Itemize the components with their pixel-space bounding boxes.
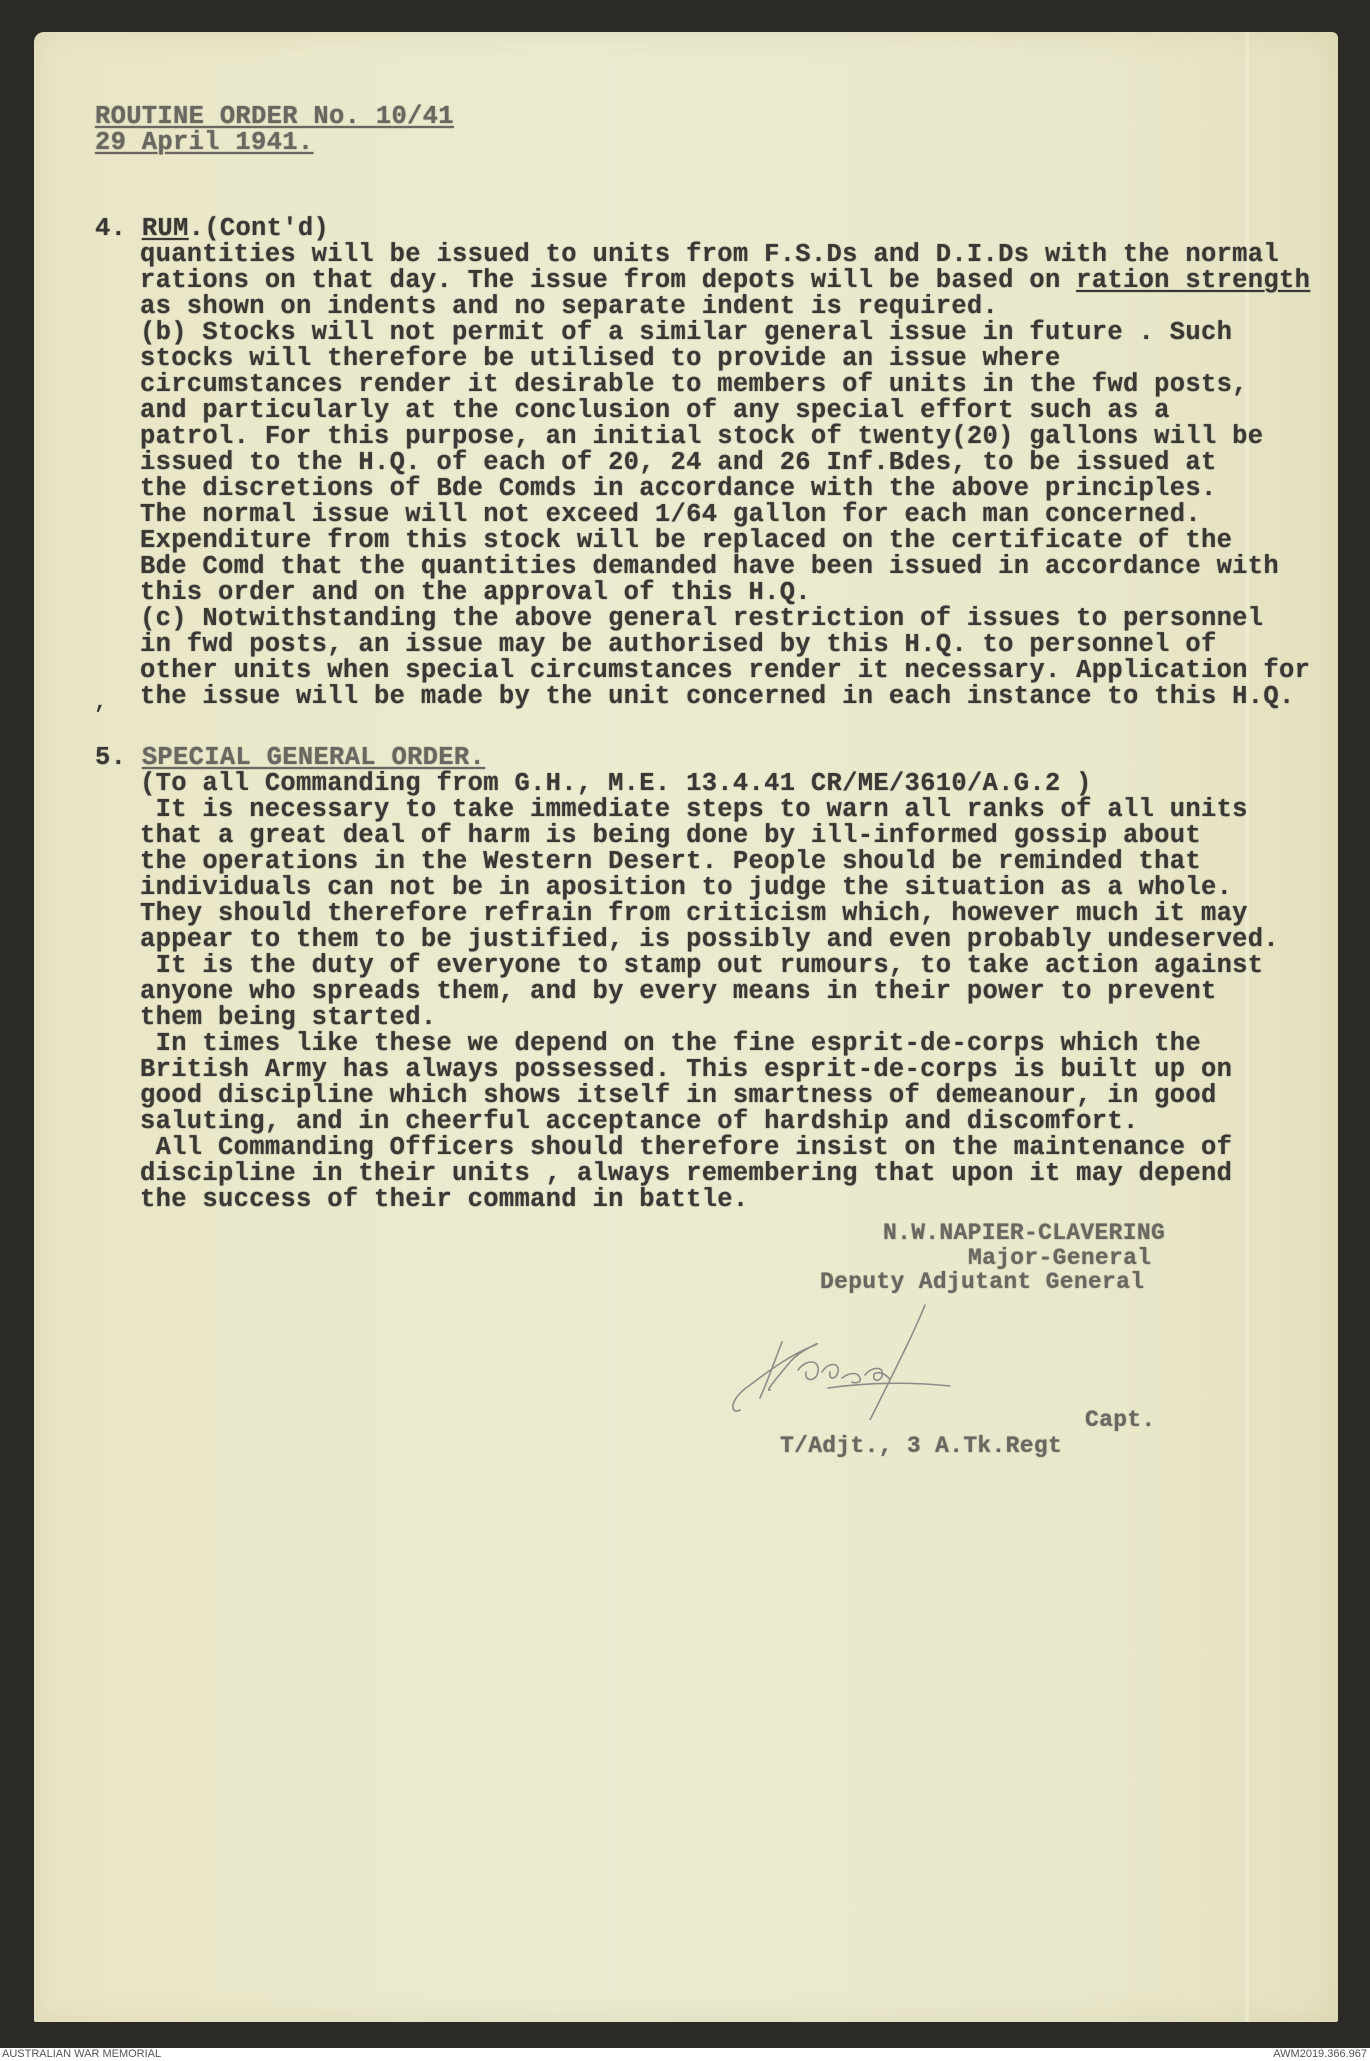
paper-fold-line [1245, 32, 1249, 2022]
body-line: individuals can not be in aposition to j… [140, 875, 1232, 901]
body-line: The normal issue will not exceed 1/64 ga… [140, 502, 1201, 528]
section-number: 5. [95, 743, 126, 772]
institution-credit: AUSTRALIAN WAR MEMORIAL [2, 2048, 161, 2061]
body-line: circumstances render it desirable to mem… [140, 372, 1248, 398]
stray-comma-mark: , [94, 690, 107, 715]
body-line: the discretions of Bde Comds in accordan… [140, 476, 1217, 502]
handwritten-signature [720, 1300, 980, 1420]
body-line: the issue will be made by the unit conce… [140, 684, 1295, 710]
body-line: Bde Comd that the quantities demanded ha… [140, 554, 1279, 580]
section-number: 4. [95, 214, 126, 243]
body-line: and particularly at the conclusion of an… [140, 398, 1170, 424]
order-title: ROUTINE ORDER No. 10/41 [95, 104, 454, 130]
body-line: other units when special circumstances r… [140, 658, 1310, 684]
signer-rank: Capt. [1085, 1407, 1156, 1433]
order-reference: (To all Commanding from G.H., M.E. 13.4.… [140, 771, 1092, 797]
body-line: appear to them to be justified, is possi… [140, 927, 1279, 953]
body-line: British Army has always possessed. This … [140, 1057, 1232, 1083]
body-line: the success of their command in battle. [140, 1187, 749, 1213]
section-heading: RUM [142, 214, 189, 243]
body-line: patrol. For this purpose, an initial sto… [140, 424, 1263, 450]
body-line: They should therefore refrain from criti… [140, 901, 1248, 927]
underlined-ration-strength: ration strength [1076, 266, 1310, 295]
body-line: as shown on indents and no separate inde… [140, 294, 998, 320]
body-line: good discipline which shows itself in sm… [140, 1083, 1217, 1109]
body-line: (b) Stocks will not permit of a similar … [140, 320, 1232, 346]
body-line: anyone who spreads them, and by every me… [140, 979, 1217, 1005]
section-heading: SPECIAL GENERAL ORDER. [142, 743, 485, 772]
body-line: in fwd posts, an issue may be authorised… [140, 632, 1217, 658]
body-line: In times like these we depend on the fin… [140, 1031, 1201, 1057]
signatory-appointment: Deputy Adjutant General [820, 1269, 1144, 1295]
accession-number: AWM2019.366.967 [1273, 2048, 1367, 2061]
section-4-heading: 4. RUM.(Cont'd) [95, 216, 329, 242]
body-line: It is the duty of everyone to stamp out … [140, 953, 1263, 979]
body-line: rations on that day. The issue from depo… [140, 268, 1310, 294]
signer-appointment: T/Adjt., 3 A.Tk.Regt [780, 1433, 1062, 1459]
signatory-name: N.W.NAPIER-CLAVERING [883, 1220, 1165, 1246]
body-line: (c) Notwithstanding the above general re… [140, 606, 1263, 632]
order-date: 29 April 1941. [95, 130, 313, 156]
body-line: the operations in the Western Desert. Pe… [140, 849, 1201, 875]
body-line: saluting, and in cheerful acceptance of … [140, 1109, 1139, 1135]
body-line: stocks will therefore be utilised to pro… [140, 346, 1061, 372]
body-line: this order and on the approval of this H… [140, 580, 811, 606]
body-line: Expenditure from this stock will be repl… [140, 528, 1232, 554]
body-line: discipline in their units , always remem… [140, 1161, 1232, 1187]
body-line: quantities will be issued to units from … [140, 242, 1279, 268]
body-line: It is necessary to take immediate steps … [140, 797, 1248, 823]
body-line: All Commanding Officers should therefore… [140, 1135, 1232, 1161]
body-line: them being started. [140, 1005, 436, 1031]
body-line: issued to the H.Q. of each of 20, 24 and… [140, 450, 1217, 476]
section-5-heading: 5. SPECIAL GENERAL ORDER. [95, 745, 485, 771]
section-heading-suffix: .(Cont'd) [189, 214, 329, 243]
signatory-rank: Major-General [968, 1245, 1151, 1271]
body-line: that a great deal of harm is being done … [140, 823, 1201, 849]
